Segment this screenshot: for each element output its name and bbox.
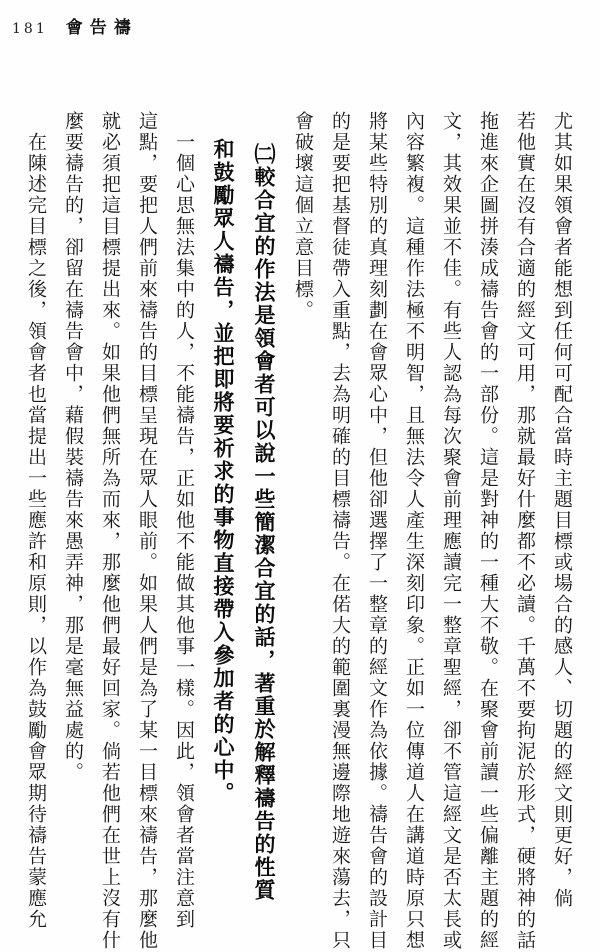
text-column: 會破壞這個立意目標。 <box>284 111 321 952</box>
text-column: 將某些特別的真理刻劃在會眾心中，但他卻選擇了一整章的經文作為依據。禱告會的設計目 <box>358 111 395 952</box>
text-column: 就必須把這目標提出來。如果他們無所為而來，那麼他們最好回家。倘若他們在世上沒有什 <box>91 111 128 952</box>
text-column: 內容繁複。這種作法極不明智，且無法令人產生深刻印象。正如一位傳道人在講道時原只想 <box>395 111 432 952</box>
book-title: 會告禱 <box>66 13 138 38</box>
vertical-text-body: 尤其如果領會者能想到任何可配合當時主題目標或場合的感人、切題的經文則更好，倘若他… <box>17 111 580 952</box>
text-column: 的是要把基督徒帶入重點，去為明確的目標禱告。在偌大的範圍裏漫無邊際地遊來蕩去，只 <box>321 111 358 952</box>
book-page: 181 會告禱 尤其如果領會者能想到任何可配合當時主題目標或場合的感人、切題的經… <box>0 0 600 952</box>
text-column: 這點，要把人們前來禱告的目標呈現在眾人眼前。如果人們是為了某一目標來禱告，那麼他 <box>128 111 165 952</box>
heading-column: 和鼓勵眾人禱告，並把即將要祈求的事物直接帶入參加者的心中。 <box>202 111 243 952</box>
text-column: 一個心思無法集中的人，不能禱告，正如他不能做其他事一樣。因此，領會者當注意到 <box>165 111 202 952</box>
heading-column: ㈡較合宜的作法是領會者可以說一些簡潔合宜的話，著重於解釋禱告的性質 <box>243 111 284 952</box>
page-number: 181 <box>12 21 48 37</box>
running-header: 181 會告禱 <box>12 13 138 38</box>
text-column: 若他實在沒有合適的經文可用，那就最好什麼都不必讀。千萬不要拘泥於形式，硬將神的話 <box>506 111 543 952</box>
text-column: 在陳述完目標之後，領會者也當提出一些應許和原則，以作為鼓勵會眾期待禱告蒙應允 <box>17 111 54 952</box>
text-column: 尤其如果領會者能想到任何可配合當時主題目標或場合的感人、切題的經文則更好，倘 <box>543 111 580 952</box>
text-column: 麼要禱告的，卻留在禱告會中，藉假裝禱告來愚弄神，那是毫無益處的。 <box>54 111 91 952</box>
text-column: 拖進來企圖拼湊成禱告會的一部份。這是對神的一種大不敬。在聚會前讀一些偏離主題的經 <box>469 111 506 952</box>
text-column: 文，其效果並不佳。有些人認為每次聚會前理應讀完一整章聖經，卻不管這經文是否太長或 <box>432 111 469 952</box>
